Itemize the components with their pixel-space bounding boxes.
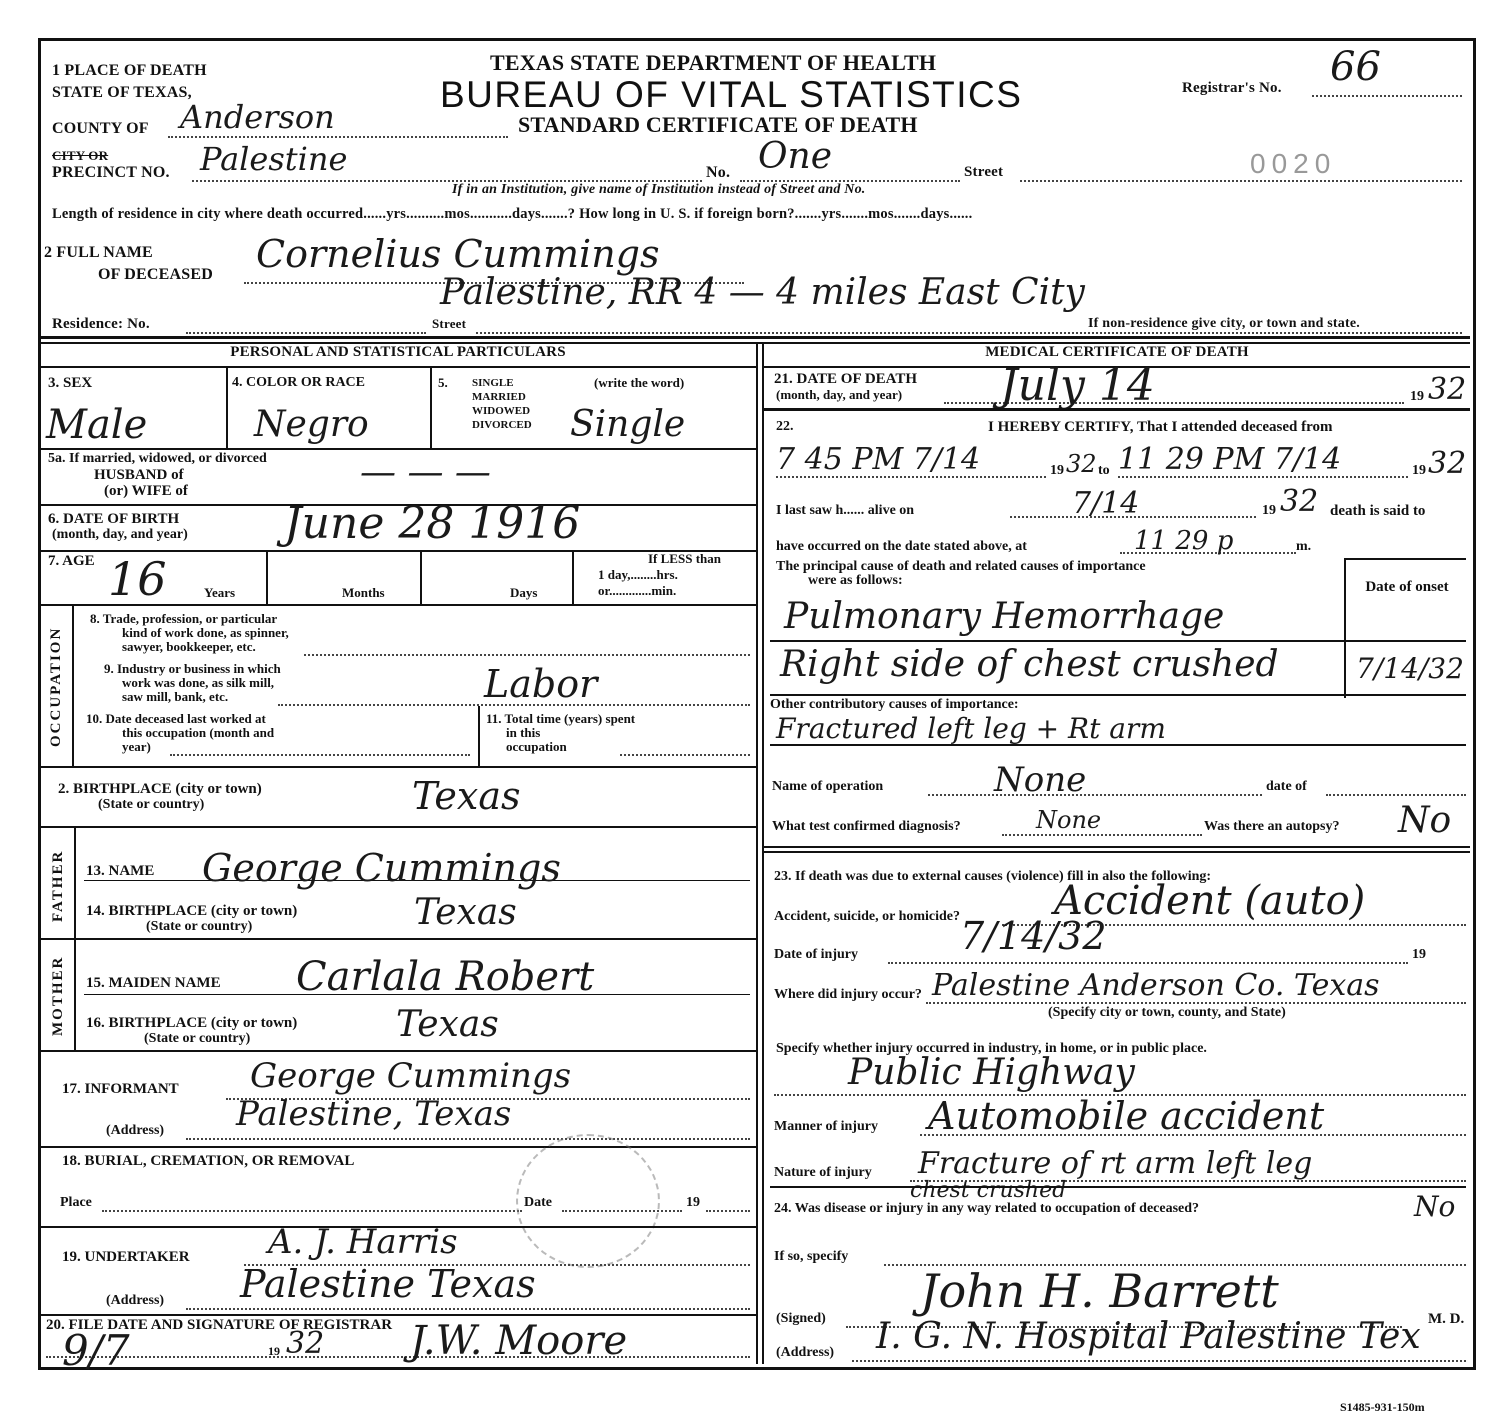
manner-label: Manner of injury — [774, 1120, 878, 1134]
full-name-label-1: 2 FULL NAME — [44, 244, 153, 262]
occ11-1: 11. Total time (years) spent — [486, 712, 635, 726]
informant-label: 17. INFORMANT — [62, 1082, 179, 1096]
street-label: Street — [964, 164, 1003, 181]
bureau-title: BUREAU OF VITAL STATISTICS — [440, 74, 1022, 116]
precinct-label: PRECINCT NO. — [52, 164, 170, 182]
occ9-1: 9. Industry or business in which — [104, 662, 281, 676]
m-label: m. — [1296, 540, 1311, 554]
mother-bp-value[interactable]: Texas — [396, 1004, 499, 1045]
deceased-name[interactable]: Cornelius Cummings — [256, 232, 660, 276]
city-or-struck: CITY OR — [52, 148, 108, 164]
attended-year-prefix-1: 19 — [1050, 464, 1064, 478]
operation-value[interactable]: None — [994, 760, 1086, 800]
registrar-no-value[interactable]: 66 — [1330, 44, 1381, 90]
cause-label-2: were as follows: — [808, 574, 903, 588]
burial-year-prefix: 19 — [686, 1196, 700, 1210]
birthplace-value[interactable]: Texas — [412, 774, 520, 818]
father-bp-label-2: (State or country) — [146, 920, 252, 934]
spouse-value[interactable]: — — — — [360, 452, 491, 493]
spouse-label-3: (or) WIFE of — [104, 484, 188, 498]
other-causes-value[interactable]: Fractured left leg + Rt arm — [776, 712, 1166, 745]
attended-to-value[interactable]: 11 29 PM 7/14 — [1118, 442, 1341, 477]
street-no-value[interactable]: One — [758, 136, 832, 177]
dod-label-2: (month, day, and year) — [776, 388, 902, 402]
attended-year-prefix-2: 19 — [1412, 464, 1426, 478]
mother-name-value[interactable]: Carlala Robert — [296, 954, 594, 1000]
occurred-label: have occurred on the date stated above, … — [776, 540, 1027, 554]
marital-option-married: MARRIED — [472, 390, 526, 404]
last-saw-year[interactable]: 32 — [1280, 484, 1318, 519]
marital-hint: (write the word) — [594, 376, 684, 390]
spouse-label-2: HUSBAND of — [94, 468, 184, 482]
file-year-prefix: 19 — [268, 1344, 280, 1358]
marital-label-num: 5. — [438, 376, 448, 390]
column-divider — [756, 342, 758, 1364]
accident-label: Accident, suicide, or homicide? — [774, 910, 960, 924]
injury-year-prefix: 19 — [1412, 948, 1426, 962]
stamp-number: 0020 — [1250, 148, 1336, 180]
autopsy-value[interactable]: No — [1398, 800, 1451, 841]
precinct-value[interactable]: Palestine — [200, 140, 347, 178]
less-than-3: or.............min. — [598, 584, 676, 598]
occ9-2: work was done, as silk mill, — [122, 676, 274, 690]
file-year-value[interactable]: 32 — [286, 1326, 324, 1361]
cause-label-1: The principal cause of death and related… — [776, 560, 1146, 574]
undertaker-label: 19. UNDERTAKER — [62, 1250, 190, 1264]
mother-bp-label-1: 16. BIRTHPLACE (city or town) — [86, 1016, 297, 1030]
occ-related-label: 24. Was disease or injury in any way rel… — [774, 1202, 1199, 1216]
occ-related-value[interactable]: No — [1414, 1190, 1455, 1223]
to-label: to — [1098, 464, 1110, 478]
occ10-3: year) — [122, 740, 151, 754]
signed-label: (Signed) — [776, 1312, 826, 1326]
county-value[interactable]: Anderson — [180, 98, 335, 136]
mother-side-label: MOTHER — [50, 944, 67, 1048]
department-title: TEXAS STATE DEPARTMENT OF HEALTH — [490, 50, 936, 76]
informant-address-label: (Address) — [106, 1124, 164, 1138]
birthplace-label-2: (State or country) — [98, 798, 204, 812]
registrar-no-label: Registrar's No. — [1182, 80, 1282, 97]
marital-option-divorced: DIVORCED — [472, 418, 532, 432]
operation-label: Name of operation — [772, 780, 883, 794]
dob-value[interactable]: June 28 1916 — [284, 498, 580, 549]
place-of-death-label: 1 PLACE OF DEATH — [52, 62, 207, 80]
father-bp-label-1: 14. BIRTHPLACE (city or town) — [86, 904, 297, 918]
injury-date-value[interactable]: 7/14/32 — [960, 914, 1107, 958]
attended-from-year[interactable]: 32 — [1066, 450, 1097, 478]
race-label: 4. COLOR OR RACE — [232, 376, 365, 390]
attended-from-value[interactable]: 7 45 PM 7/14 — [776, 442, 980, 477]
father-bp-value[interactable]: Texas — [414, 892, 517, 933]
injury-where-label: Where did injury occur? — [774, 988, 922, 1002]
residence-value[interactable]: Palestine, RR 4 — 4 miles East City — [440, 272, 1085, 313]
injury-date-label: Date of injury — [774, 948, 858, 962]
dod-value[interactable]: July 14 — [1000, 360, 1155, 411]
spouse-label-1: 5a. If married, widowed, or divorced — [48, 452, 267, 466]
registrar-signature[interactable]: J.W. Moore — [410, 1318, 627, 1364]
injury-where-value[interactable]: Palestine Anderson Co. Texas — [932, 968, 1380, 1003]
residence-length: Length of residence in city where death … — [52, 206, 972, 223]
state-label: STATE OF TEXAS, — [52, 84, 192, 102]
occ10-2: this occupation (month and — [122, 726, 274, 740]
undertaker-address-label: (Address) — [106, 1294, 164, 1308]
full-name-label-2: OF DECEASED — [98, 266, 213, 284]
undertaker-value[interactable]: A. J. Harris — [268, 1222, 458, 1262]
nature-value[interactable]: Fracture of rt arm left leg — [918, 1146, 1312, 1181]
county-label: COUNTY OF — [52, 120, 149, 138]
occupation-side-label: OCCUPATION — [48, 612, 65, 762]
less-than-2: 1 day,........hrs. — [598, 568, 678, 582]
undertaker-address-value[interactable]: Palestine Texas — [240, 1262, 536, 1306]
occurred-time-value[interactable]: 11 29 p — [1134, 526, 1233, 556]
dod-label-1: 21. DATE OF DEATH — [774, 372, 917, 386]
certify-num: 22. — [776, 420, 794, 434]
date-of-label: date of — [1266, 780, 1307, 794]
file-date-value[interactable]: 9/7 — [62, 1326, 130, 1375]
dod-year-prefix: 19 — [1410, 390, 1424, 404]
physician-address-label: (Address) — [776, 1346, 834, 1360]
informant-address-value[interactable]: Palestine, Texas — [236, 1094, 511, 1134]
institution-note: If in an Institution, give name of Insti… — [452, 182, 865, 198]
street-label-2: Street — [432, 316, 466, 332]
test-label: What test confirmed diagnosis? — [772, 820, 961, 834]
autopsy-label: Was there an autopsy? — [1204, 820, 1339, 834]
father-side-label: FATHER — [50, 836, 67, 936]
physician-address-value[interactable]: I. G. N. Hospital Palestine Tex — [876, 1316, 1421, 1357]
medical-section-title: MEDICAL CERTIFICATE OF DEATH — [764, 344, 1470, 361]
personal-section-title: PERSONAL AND STATISTICAL PARTICULARS — [40, 344, 756, 361]
mother-name-label: 15. MAIDEN NAME — [86, 976, 221, 990]
residence-label: Residence: No. — [52, 316, 150, 333]
onset-label: Date of onset — [1348, 578, 1466, 596]
days-label: Days — [510, 586, 537, 600]
years-label: Years — [204, 586, 235, 600]
sex-label: 3. SEX — [48, 376, 92, 390]
informant-value[interactable]: George Cummings — [250, 1056, 571, 1096]
marital-value[interactable]: Single — [570, 404, 685, 445]
dod-year-value[interactable]: 32 — [1428, 372, 1466, 407]
dob-label-2: (month, day, and year) — [52, 528, 188, 542]
father-name-value[interactable]: George Cummings — [202, 846, 561, 890]
nature-value-line2[interactable]: chest crushed — [910, 1178, 1066, 1203]
manner-value[interactable]: Automobile accident — [928, 1094, 1324, 1138]
physician-signature[interactable]: John H. Barrett — [920, 1264, 1279, 1318]
certificate-title: STANDARD CERTIFICATE OF DEATH — [518, 112, 918, 138]
months-label: Months — [342, 586, 385, 600]
last-saw-label: I last saw h...... alive on — [776, 504, 914, 518]
marital-option-single: SINGLE — [472, 376, 514, 390]
cause-1-value[interactable]: Pulmonary Hemorrhage — [784, 596, 1224, 637]
age-years-value[interactable]: 16 — [108, 552, 167, 606]
occ8-1: 8. Trade, profession, or particular — [90, 612, 277, 626]
marital-option-widowed: WIDOWED — [472, 404, 530, 418]
occ8-2: kind of work done, as spinner, — [122, 626, 289, 640]
occ11-3: occupation — [506, 740, 567, 754]
occupation-value[interactable]: Labor — [484, 662, 597, 706]
sex-value[interactable]: Male — [46, 402, 147, 448]
attended-to-year[interactable]: 32 — [1428, 446, 1466, 481]
race-value[interactable]: Negro — [254, 404, 369, 445]
last-saw-value[interactable]: 7/14 — [1072, 486, 1139, 521]
cause-2-value[interactable]: Right side of chest crushed — [780, 644, 1279, 685]
last-saw-year-prefix: 19 — [1262, 504, 1276, 518]
nonresidence-note: If non-residence give city, or town and … — [1088, 316, 1360, 332]
occ10-1: 10. Date deceased last worked at — [86, 712, 266, 726]
burial-label: 18. BURIAL, CREMATION, OR REMOVAL — [62, 1154, 354, 1168]
occ8-3: sawyer, bookkeeper, etc. — [122, 640, 256, 654]
father-name-label: 13. NAME — [86, 864, 154, 878]
other-causes-label: Other contributory causes of importance: — [770, 698, 1019, 712]
onset-2-value[interactable]: 7/14/32 — [1356, 652, 1464, 685]
injury-where-hint: (Specify city or town, county, and State… — [1048, 1006, 1286, 1020]
less-than-1: If LESS than — [648, 552, 721, 566]
md-label: M. D. — [1428, 1312, 1464, 1326]
nature-label: Nature of injury — [774, 1166, 872, 1180]
burial-place-label: Place — [60, 1196, 92, 1210]
injury-place-value[interactable]: Public Highway — [848, 1052, 1135, 1093]
if-so-label: If so, specify — [774, 1250, 848, 1264]
dob-label-1: 6. DATE OF BIRTH — [48, 512, 179, 526]
no-label: No. — [706, 164, 730, 182]
death-said-label: death is said to — [1330, 504, 1425, 518]
postmark-stamp — [516, 1134, 660, 1268]
certify-text: I HEREBY CERTIFY, That I attended deceas… — [988, 420, 1333, 434]
test-value[interactable]: None — [1036, 806, 1101, 834]
birthplace-label-1: 2. BIRTHPLACE (city or town) — [58, 782, 262, 796]
form-code: S1485-931-150m — [1340, 1400, 1425, 1414]
occ9-3: saw mill, bank, etc. — [122, 690, 228, 704]
age-label: 7. AGE — [48, 554, 95, 568]
mother-bp-label-2: (State or country) — [144, 1032, 250, 1046]
occ11-2: in this — [506, 726, 540, 740]
